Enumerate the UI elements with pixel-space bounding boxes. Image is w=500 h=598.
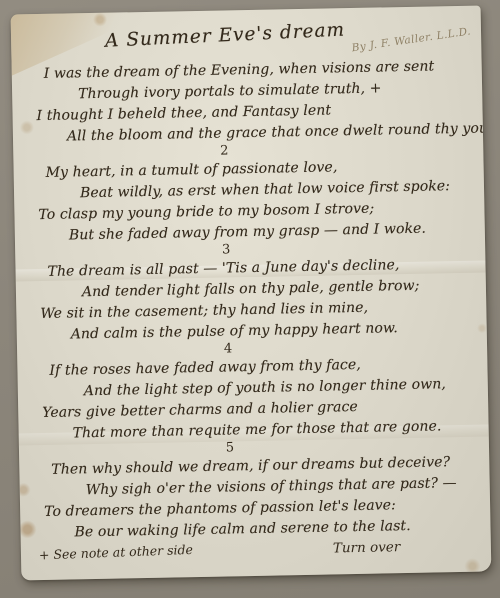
stanza-3: The dream is all past — 'Tis a June day'…: [33, 254, 477, 346]
manuscript-paper: A Summer Eve's dream By J. F. Waller. L.…: [11, 6, 492, 581]
turn-over-note: Turn over: [333, 539, 401, 556]
poem-content: A Summer Eve's dream By J. F. Waller. L.…: [11, 6, 492, 569]
photo-background: { "photo": { "colors": { "background": "…: [0, 0, 500, 598]
stanza-2: My heart, in a tumult of passionate love…: [31, 155, 475, 247]
stanza-4: If the roses have faded away from thy fa…: [35, 353, 479, 445]
stanza-5: Then why should we dream, if our dreams …: [37, 452, 481, 544]
footnote-reference: + See note at other side: [39, 542, 193, 563]
stanza-1: I was the dream of the Evening, when vis…: [30, 56, 474, 148]
